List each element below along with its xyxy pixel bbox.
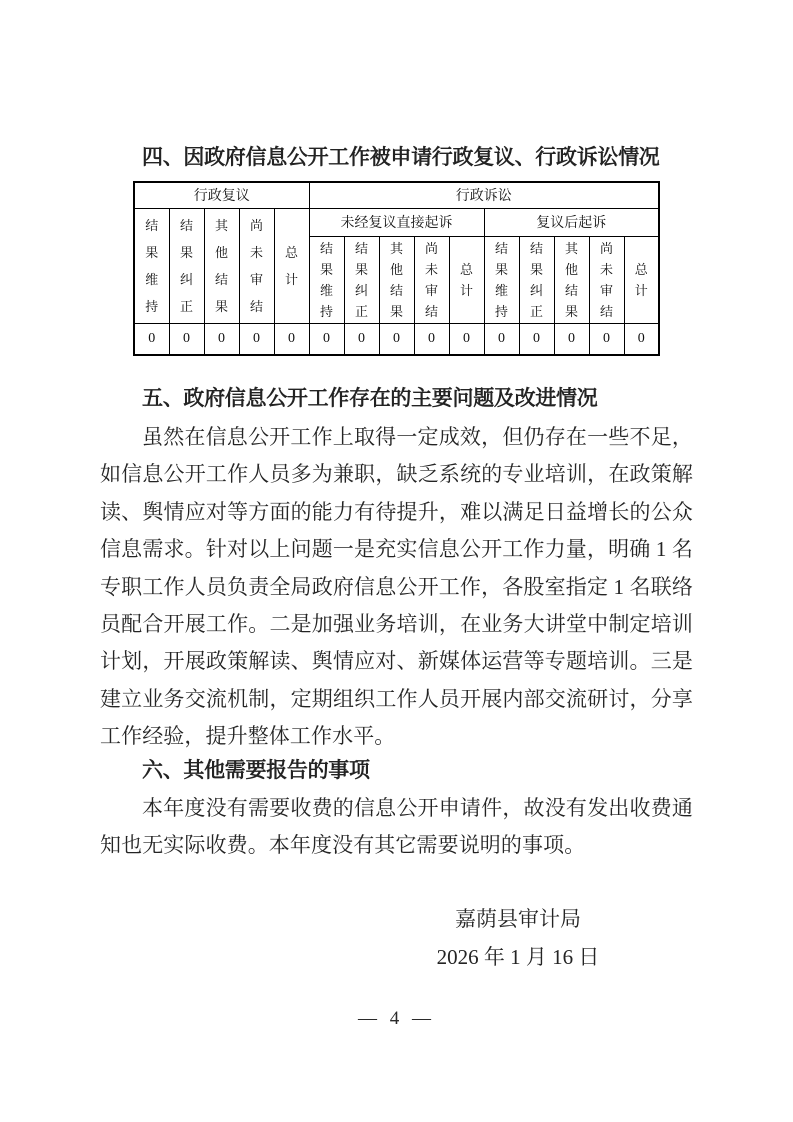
col-header-text: 结果纠正 — [354, 238, 369, 322]
group-header-text: 行政诉讼 — [456, 189, 512, 204]
table-cell-value: 0 — [554, 323, 589, 355]
col-header-cell: 尚未审结 — [239, 208, 274, 323]
col-header-text: 其他结果 — [214, 212, 229, 320]
table-cell-value: 0 — [414, 323, 449, 355]
col-header-text: 其他结果 — [389, 238, 404, 322]
signature-block: 嘉荫县审计局 2026 年 1 月 16 日 — [343, 900, 693, 976]
signature-org: 嘉荫县审计局 — [343, 900, 693, 938]
table-cell-value: 0 — [484, 323, 519, 355]
group-header-reconsideration: 行政复议 — [134, 182, 309, 208]
table-cell-value: 0 — [239, 323, 274, 355]
table-cell-value: 0 — [204, 323, 239, 355]
col-header-text: 尚未审结 — [424, 238, 439, 322]
section-6-heading: 六、其他需要报告的事项 — [100, 756, 693, 786]
col-header-cell: 总计 — [624, 236, 659, 323]
col-header-cell: 总计 — [274, 208, 309, 323]
document-page: 四、因政府信息公开工作被申请行政复议、行政诉讼情况 行政复议 行政诉讼 结果维持… — [0, 0, 793, 1122]
col-header-text: 尚未审结 — [599, 238, 614, 322]
table-cell-value: 0 — [624, 323, 659, 355]
col-header-text: 结果维持 — [144, 212, 159, 320]
col-header-cell: 结果纠正 — [169, 208, 204, 323]
table-cell-value: 0 — [169, 323, 204, 355]
col-header-text: 总计 — [284, 239, 299, 293]
col-header-cell: 结果维持 — [309, 236, 344, 323]
subgroup-header-text: 未经复议直接起诉 — [341, 216, 453, 231]
table-group-header-row: 行政复议 行政诉讼 — [134, 182, 659, 208]
section-5-heading: 五、政府信息公开工作存在的主要问题及改进情况 — [100, 384, 693, 414]
col-header-cell: 结果维持 — [134, 208, 169, 323]
table-cell-value: 0 — [344, 323, 379, 355]
col-header-cell: 其他结果 — [204, 208, 239, 323]
col-header-text: 总计 — [634, 259, 649, 301]
section-4-heading: 四、因政府信息公开工作被申请行政复议、行政诉讼情况 — [100, 143, 693, 173]
col-header-cell: 结果纠正 — [519, 236, 554, 323]
col-header-text: 其他结果 — [564, 238, 579, 322]
group-header-text: 行政复议 — [194, 189, 250, 204]
table-cell-value: 0 — [379, 323, 414, 355]
table-values-row: 0 0 0 0 0 0 0 0 0 0 0 0 0 0 0 — [134, 323, 659, 355]
subgroup-header-direct-suit: 未经复议直接起诉 — [309, 208, 484, 236]
col-header-cell: 结果维持 — [484, 236, 519, 323]
table-cell-value: 0 — [449, 323, 484, 355]
reconsideration-litigation-table: 行政复议 行政诉讼 结果维持 结果纠正 其他结果 尚未审结 — [133, 181, 660, 356]
group-header-litigation: 行政诉讼 — [309, 182, 659, 208]
table-cell-value: 0 — [519, 323, 554, 355]
col-header-text: 总计 — [459, 259, 474, 301]
col-header-text: 结果纠正 — [179, 212, 194, 320]
section-5-paragraph: 虽然在信息公开工作上取得一定成效，但仍存在一些不足，如信息公开工作人员多为兼职，… — [100, 419, 693, 756]
table-cell-value: 0 — [134, 323, 169, 355]
col-header-text: 结果纠正 — [529, 238, 544, 322]
subgroup-header-text: 复议后起诉 — [536, 216, 606, 231]
col-header-cell: 尚未审结 — [589, 236, 624, 323]
page-number: — 4 — — [0, 1008, 793, 1030]
col-header-cell: 结果纠正 — [344, 236, 379, 323]
table-subgroup-header-row: 结果维持 结果纠正 其他结果 尚未审结 总计 未经复议直接起诉 — [134, 208, 659, 236]
subgroup-header-after-reconsideration-suit: 复议后起诉 — [484, 208, 659, 236]
col-header-cell: 总计 — [449, 236, 484, 323]
page-content: 四、因政府信息公开工作被申请行政复议、行政诉讼情况 行政复议 行政诉讼 结果维持… — [0, 143, 793, 976]
table-cell-value: 0 — [309, 323, 344, 355]
col-header-text: 尚未审结 — [249, 212, 264, 320]
col-header-text: 结果维持 — [319, 238, 334, 322]
col-header-text: 结果维持 — [494, 238, 509, 322]
col-header-cell: 其他结果 — [379, 236, 414, 323]
col-header-cell: 尚未审结 — [414, 236, 449, 323]
col-header-cell: 其他结果 — [554, 236, 589, 323]
section-6-paragraph: 本年度没有需要收费的信息公开申请件，故没有发出收费通知也无实际收费。本年度没有其… — [100, 790, 693, 865]
table-cell-value: 0 — [274, 323, 309, 355]
table-cell-value: 0 — [589, 323, 624, 355]
signature-date: 2026 年 1 月 16 日 — [343, 938, 693, 976]
